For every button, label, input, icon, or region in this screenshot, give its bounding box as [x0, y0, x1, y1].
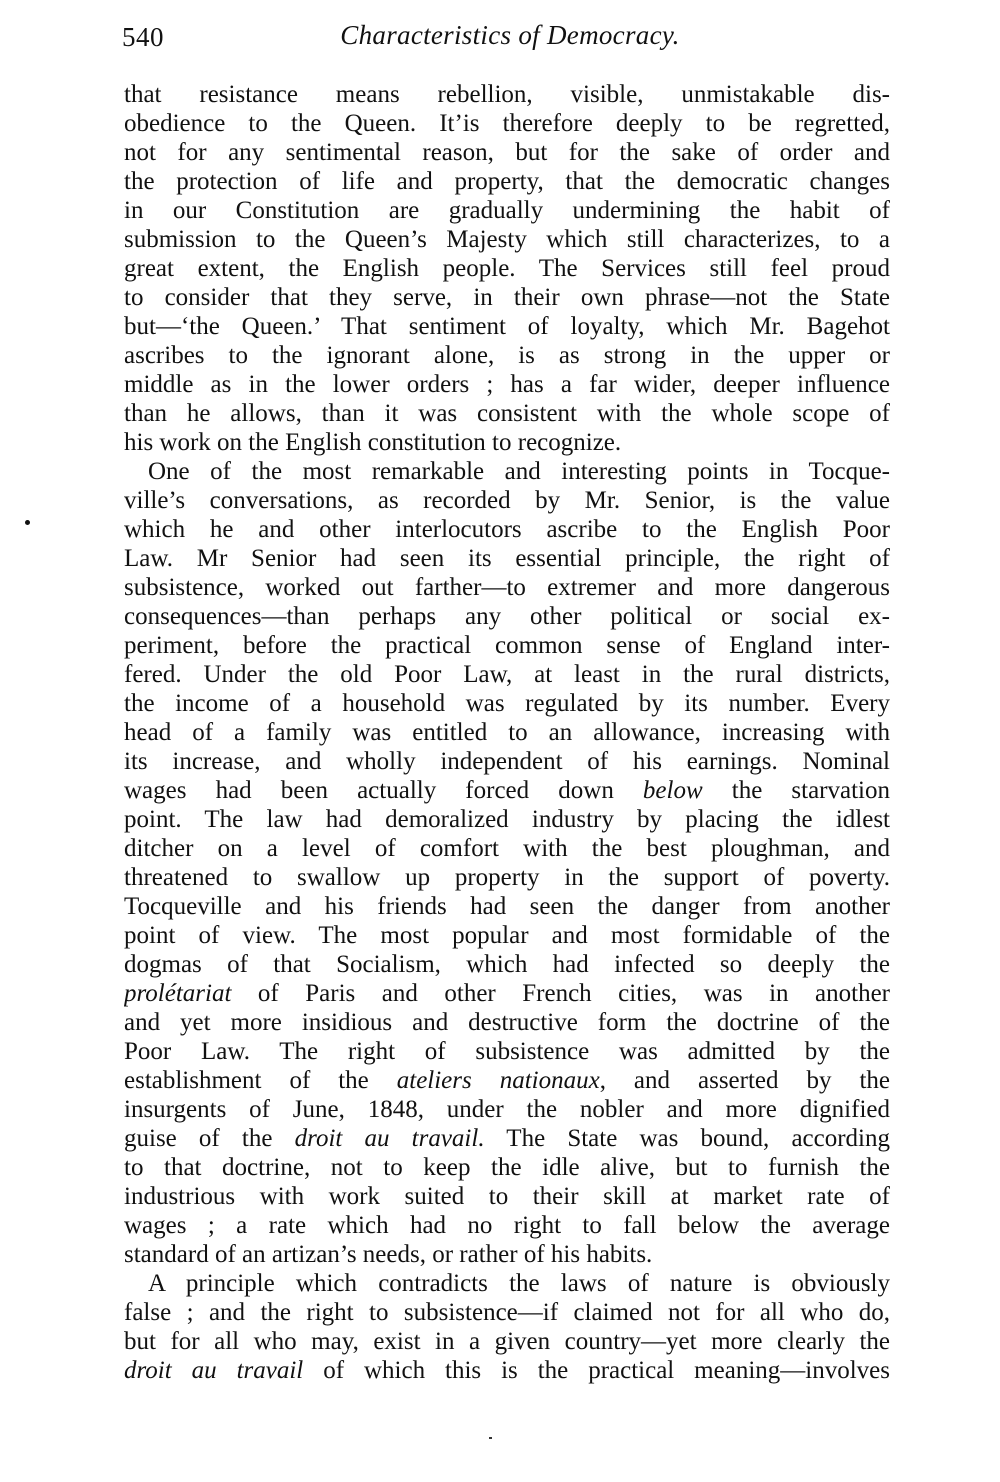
- margin-mark: [25, 520, 30, 525]
- page-number: 540: [122, 20, 164, 54]
- text-line: wages had been actually forced down belo…: [124, 776, 890, 805]
- italic-emphasis: prolétariat: [124, 980, 231, 1007]
- text-line: its increase, and wholly independent of …: [124, 747, 890, 776]
- paragraph-start-line: One of the most remarkable and interesti…: [124, 457, 890, 486]
- text-line: establishment of the ateliers nationaux,…: [124, 1066, 890, 1095]
- text-line: obedience to the Queen. It’is therefore …: [124, 109, 890, 138]
- text-line: false ; and the right to subsistence—if …: [124, 1298, 890, 1327]
- text-line: great extent, the English people. The Se…: [124, 254, 890, 283]
- italic-emphasis: ateliers nationaux: [397, 1067, 600, 1094]
- bottom-mark: [489, 1437, 492, 1439]
- text-line: consequences—than perhaps any other poli…: [124, 602, 890, 631]
- text-line: in our Constitution are gradually underm…: [124, 196, 890, 225]
- text-line: the income of a household was regulated …: [124, 689, 890, 718]
- text-line: industrious with work suited to their sk…: [124, 1182, 890, 1211]
- body-text: that resistance means rebellion, visible…: [124, 80, 890, 1385]
- text-line: middle as in the lower orders ; has a fa…: [124, 370, 890, 399]
- text-line: Tocqueville and his friends had seen the…: [124, 892, 890, 921]
- text-line: periment, before the practical common se…: [124, 631, 890, 660]
- running-title: Characteristics of Democracy.: [320, 18, 700, 52]
- text-line: but for all who may, exist in a given co…: [124, 1327, 890, 1356]
- text-line: point. The law had demoralized industry …: [124, 805, 890, 834]
- text-line: prolétariat of Paris and other French ci…: [124, 979, 890, 1008]
- text-line: ditcher on a level of comfort with the b…: [124, 834, 890, 863]
- text-line: submission to the Queen’s Majesty which …: [124, 225, 890, 254]
- text-line: that resistance means rebellion, visible…: [124, 80, 890, 109]
- text-line: dogmas of that Socialism, which had infe…: [124, 950, 890, 979]
- text-line: head of a family was entitled to an allo…: [124, 718, 890, 747]
- text-line: than he allows, than it was consistent w…: [124, 399, 890, 428]
- paragraph-start-line: A principle which contradicts the laws o…: [124, 1269, 890, 1298]
- text-line: ascribes to the ignorant alone, is as st…: [124, 341, 890, 370]
- text-line: which he and other interlocutors ascribe…: [124, 515, 890, 544]
- text-line: to consider that they serve, in their ow…: [124, 283, 890, 312]
- text-line: but—‘the Queen.’ That sentiment of loyal…: [124, 312, 890, 341]
- italic-emphasis: droit au travail: [124, 1357, 303, 1384]
- text-line: ville’s conversations, as recorded by Mr…: [124, 486, 890, 515]
- text-line: point of view. The most popular and most…: [124, 921, 890, 950]
- text-line: fered. Under the old Poor Law, at least …: [124, 660, 890, 689]
- text-line: Law. Mr Senior had seen its essential pr…: [124, 544, 890, 573]
- text-line: threatened to swallow up property in the…: [124, 863, 890, 892]
- text-line: insurgents of June, 1848, under the nobl…: [124, 1095, 890, 1124]
- text-line: guise of the droit au travail. The State…: [124, 1124, 890, 1153]
- text-line: his work on the English constitution to …: [124, 428, 890, 457]
- text-line: Poor Law. The right of subsistence was a…: [124, 1037, 890, 1066]
- text-line: the protection of life and property, tha…: [124, 167, 890, 196]
- text-line: subsistence, worked out farther—to extre…: [124, 573, 890, 602]
- text-line: standard of an artizan’s needs, or rathe…: [124, 1240, 890, 1269]
- text-line: and yet more insidious and destructive f…: [124, 1008, 890, 1037]
- italic-emphasis: droit au travail.: [295, 1125, 485, 1152]
- text-line: wages ; a rate which had no right to fal…: [124, 1211, 890, 1240]
- text-line: droit au travail of which this is the pr…: [124, 1356, 890, 1385]
- italic-emphasis: below: [643, 777, 703, 804]
- text-line: to that doctrine, not to keep the idle a…: [124, 1153, 890, 1182]
- text-line: not for any sentimental reason, but for …: [124, 138, 890, 167]
